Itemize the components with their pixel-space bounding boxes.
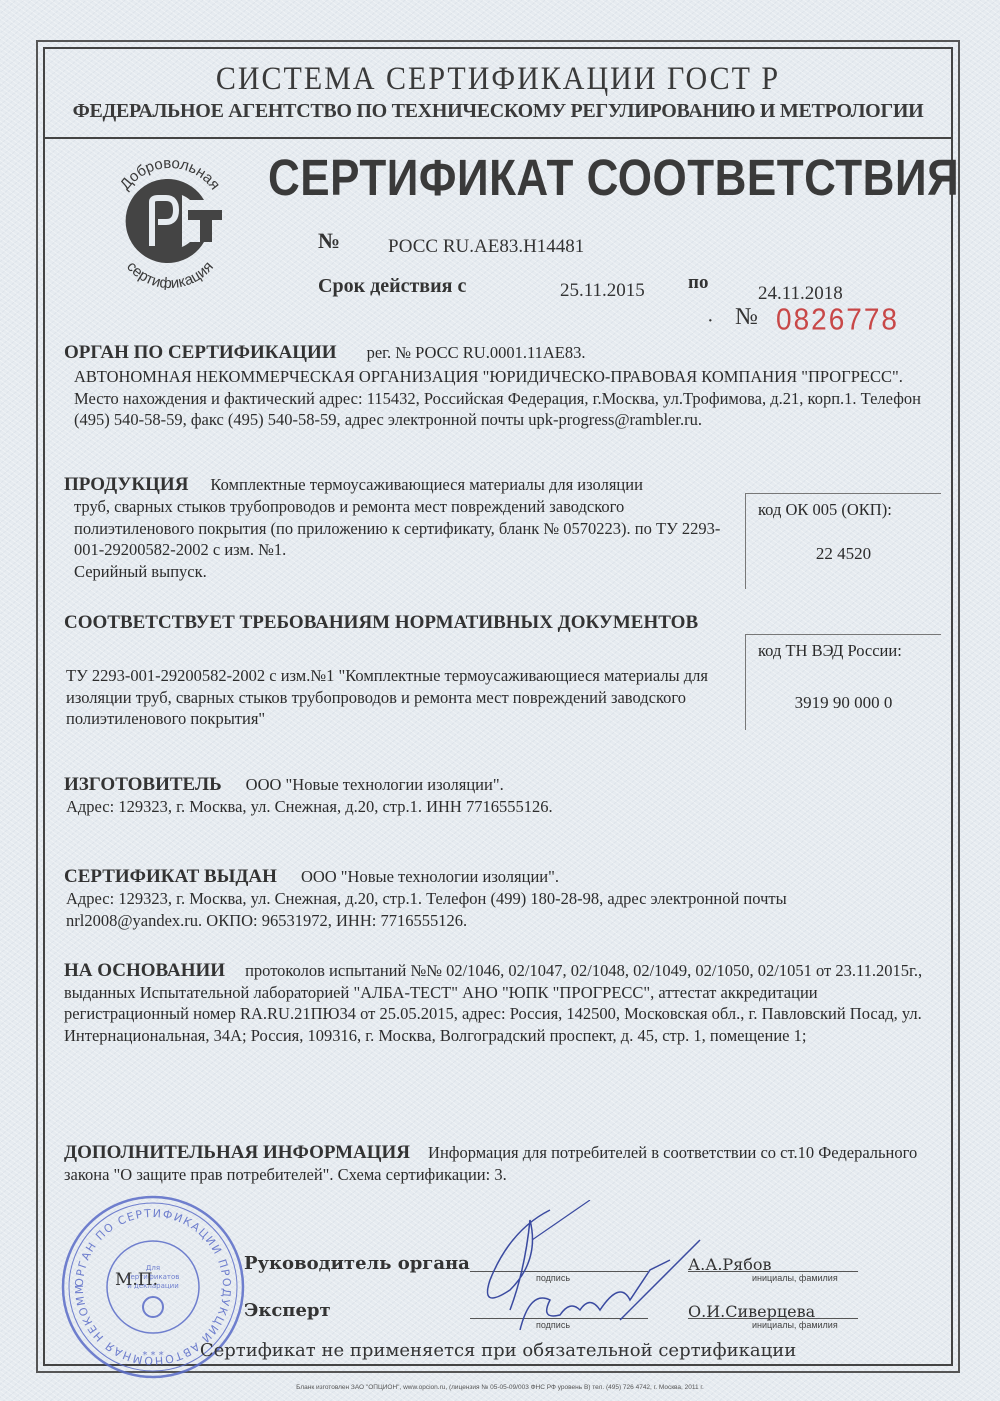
blank-number-sign: № [735,304,758,331]
product-section: ПРОДУКЦИЯ Комплектные термоусаживающиеся… [64,474,739,582]
issued-to-address: Адрес: 129323, г. Москва, ул. Снежная, д… [66,888,924,931]
header-divider [43,137,953,139]
okp-code-box: код ОК 005 (ОКП): 22 4520 [745,493,941,589]
additional-info-section: ДОПОЛНИТЕЛЬНАЯ ИНФОРМАЦИЯИнформация для … [64,1142,934,1185]
tnved-code-box: код ТН ВЭД России: 3919 90 000 0 [745,634,941,730]
system-title: СИСТЕМА СЕРТИФИКАЦИИ ГОСТ Р [43,60,953,97]
expert-label: Эксперт [244,1300,331,1321]
manufacturer-address: Адрес: 129323, г. Москва, ул. Снежная, д… [66,796,924,818]
manufacturer-name: ООО "Новые технологии изоляции". [246,775,504,794]
agency-title: ФЕДЕРАЛЬНОЕ АГЕНТСТВО ПО ТЕХНИЧЕСКОМУ РЕ… [43,100,953,123]
product-description: труб, сварных стыков трубопроводов и рем… [74,496,739,561]
tnved-code-value: 3919 90 000 0 [746,693,941,713]
manufacturer-heading: ИЗГОТОВИТЕЛЬ [64,774,222,795]
rst-voluntary-certification-logo-icon: Добровольная сертификация [100,150,240,290]
okp-code-label: код ОК 005 (ОКП): [758,500,892,520]
printer-fine-print: Бланк изготовлен ЗАО "ОПЦИОН", www.opcio… [0,1384,1000,1391]
certificate-number: РОСС RU.АЕ83.Н14481 [388,236,584,258]
valid-from-date: 25.11.2015 [560,280,645,302]
product-first-line: Комплектные термоусаживающиеся материалы… [210,475,642,494]
valid-to-label: по [688,272,708,294]
footer-note: Сертификат не применяется при обязательн… [43,1340,953,1361]
basis-section: НА ОСНОВАНИИпротоколов испытаний №№ 02/1… [64,960,934,1046]
expert-name-caption: инициалы, фамилия [752,1320,838,1330]
requirements-text: ТУ 2293-001-29200582-2002 с изм.№1 "Комп… [66,665,726,730]
certification-body-details: АВТОНОМНАЯ НЕКОММЕРЧЕСКАЯ ОРГАНИЗАЦИЯ "Ю… [74,366,924,431]
blank-serial-number: 0826778 [776,302,899,337]
handwritten-signature-icon [470,1200,730,1340]
tnved-code-label: код ТН ВЭД России: [758,641,902,661]
certification-body-section: ОРГАН ПО СЕРТИФИКАЦИИ рег. № РОСС RU.000… [64,342,924,431]
number-sign: № [318,228,340,254]
stamp-place-label: М.П. [115,1270,158,1290]
dot-mark: · [707,310,714,333]
product-series: Серийный выпуск. [74,561,739,583]
additional-info-heading: ДОПОЛНИТЕЛЬНАЯ ИНФОРМАЦИЯ [64,1142,410,1163]
certification-body-reg: рег. № РОСС RU.0001.11АЕ83. [367,343,586,362]
manufacturer-section: ИЗГОТОВИТЕЛЬ ООО "Новые технологии изоля… [64,774,924,818]
issued-to-name: ООО "Новые технологии изоляции". [301,867,559,886]
product-heading: ПРОДУКЦИЯ [64,474,188,495]
issued-to-heading: СЕРТИФИКАТ ВЫДАН [64,866,277,887]
head-name-caption: инициалы, фамилия [752,1273,838,1283]
head-of-body-label: Руководитель органа [244,1253,470,1274]
svg-text:сертификация: сертификация [123,258,217,290]
validity-label: Срок действия с [318,275,466,298]
okp-code-value: 22 4520 [746,544,941,564]
certification-body-heading: ОРГАН ПО СЕРТИФИКАЦИИ [64,342,337,363]
certificate-title: СЕРТИФИКАТ СООТВЕТСТВИЯ [268,150,959,208]
requirements-heading: СООТВЕТСТВУЕТ ТРЕБОВАНИЯМ НОРМАТИВНЫХ ДО… [64,612,698,634]
issued-to-section: СЕРТИФИКАТ ВЫДАН ООО "Новые технологии и… [64,866,924,931]
basis-heading: НА ОСНОВАНИИ [64,960,225,981]
